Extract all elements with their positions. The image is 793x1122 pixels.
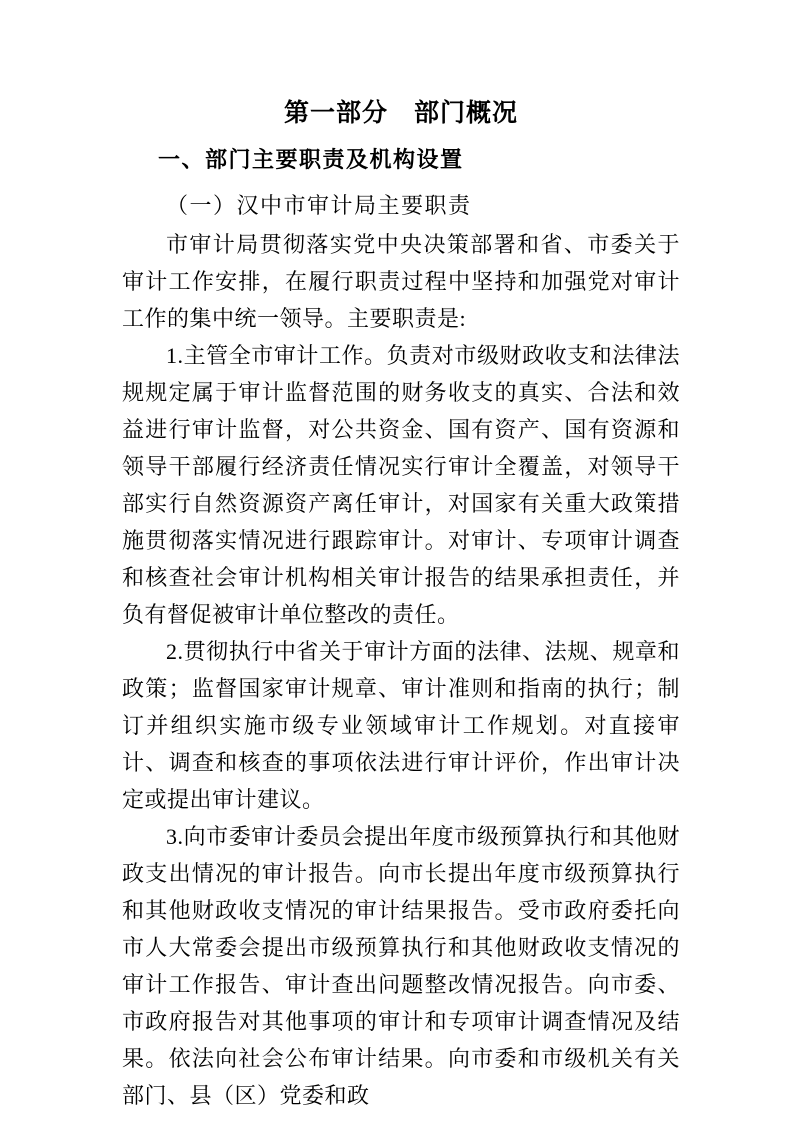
document-content: 第一部分 部门概况 一、部门主要职责及机构设置 （一）汉中市审计局主要职责 市审… bbox=[122, 0, 680, 1114]
section-subheading: （一）汉中市审计局主要职责 bbox=[122, 191, 680, 221]
document-body: 市审计局贯彻落实党中央决策部署和省、市委关于审计工作安排，在履行职责过程中坚持和… bbox=[122, 226, 680, 1114]
body-paragraph: 3.向市委审计委员会提出年度市级预算执行和其他财政支出情况的审计报告。向市长提出… bbox=[122, 818, 680, 1114]
document-page: 第一部分 部门概况 一、部门主要职责及机构设置 （一）汉中市审计局主要职责 市审… bbox=[0, 0, 793, 1122]
section-heading: 一、部门主要职责及机构设置 bbox=[122, 145, 680, 175]
body-paragraph: 2.贯彻执行中省关于审计方面的法律、法规、规章和政策；监督国家审计规章、审计准则… bbox=[122, 633, 680, 818]
body-paragraph: 1.主管全市审计工作。负责对市级财政收支和法律法规规定属于审计监督范围的财务收支… bbox=[122, 337, 680, 633]
document-title: 第一部分 部门概况 bbox=[122, 0, 680, 130]
body-paragraph: 市审计局贯彻落实党中央决策部署和省、市委关于审计工作安排，在履行职责过程中坚持和… bbox=[122, 226, 680, 337]
